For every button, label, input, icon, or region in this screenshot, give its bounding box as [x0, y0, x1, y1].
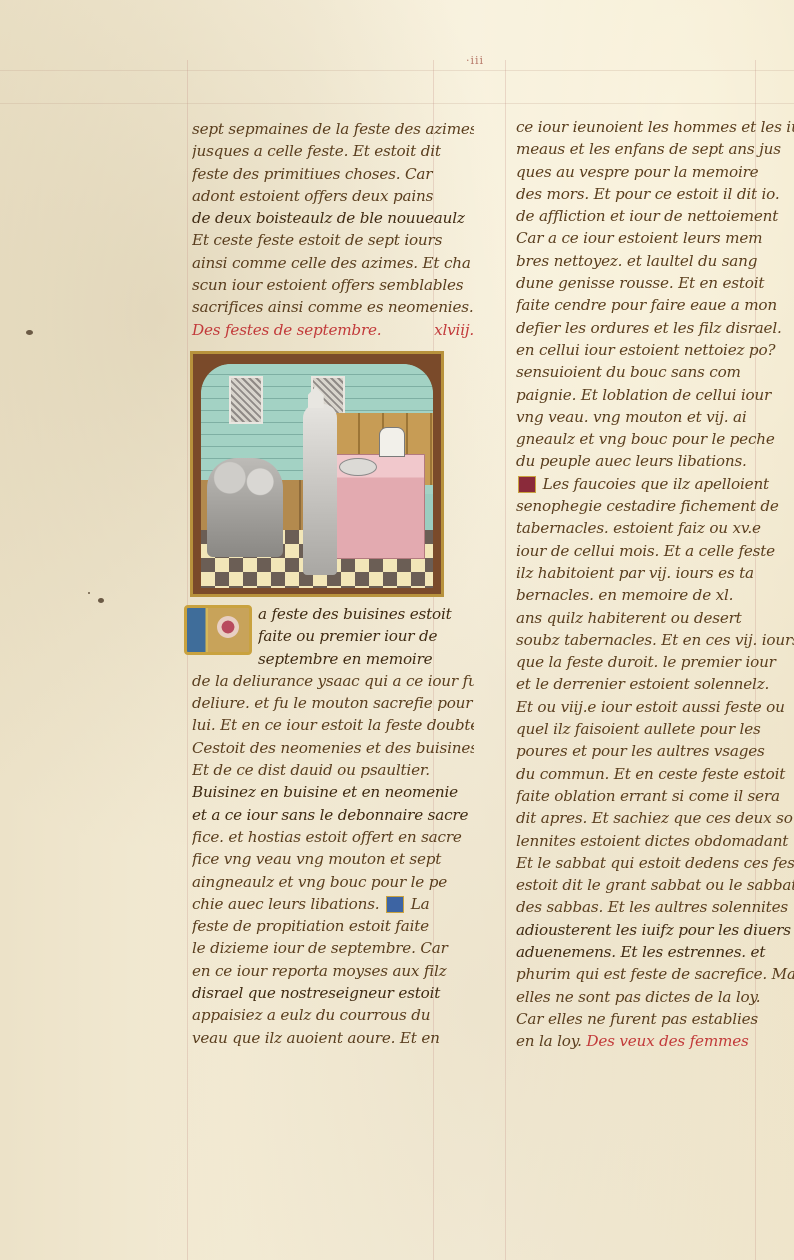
chapter-number: xlviij. — [434, 319, 474, 341]
text-line: estoit dit le grant sabbat ou le sabbat — [516, 874, 794, 896]
text-line: faite cendre pour faire eaue a mon — [516, 294, 794, 316]
text-line: Et de ce dist dauid ou psaultier. — [192, 759, 474, 781]
text-line: disrael que nostreseigneur estoit — [192, 982, 474, 1004]
text-line: du peuple auec leurs libations. — [516, 450, 794, 472]
text-line: en la loy. Des veux des femmes — [516, 1030, 794, 1052]
text-line: Buisinez en buisine et en neomenie — [192, 781, 474, 803]
text-line: elles ne sont pas dictes de la loy. — [516, 986, 794, 1008]
right-column: ce iour ieunoient les hommes et les iu m… — [516, 116, 794, 1052]
text-line: faite ou premier iour de — [258, 625, 474, 647]
text-line: des mors. Et pour ce estoit il dit io. — [516, 183, 794, 205]
text-line: phurim qui est feste de sacrefice. Mais — [516, 963, 794, 985]
text-line: le dizieme iour de septembre. Car — [192, 937, 474, 959]
text-line: et le derrenier estoient solennelz. — [516, 673, 794, 695]
text-line: iour de cellui mois. Et a celle feste — [516, 540, 794, 562]
text-line: adiousterent les iuifz pour les diuers — [516, 919, 794, 941]
sacrificial-lamb — [339, 458, 377, 476]
text-line: vng veau. vng mouton et vij. ai — [516, 406, 794, 428]
text-line: Et ou viij.e iour estoit aussi feste ou — [516, 696, 794, 718]
text-line: dune genisse rousse. Et en estoit — [516, 272, 794, 294]
text-line: en cellui iour estoient nettoiez po? — [516, 339, 794, 361]
text-line: du commun. Et en ceste feste estoit — [516, 763, 794, 785]
stain — [88, 592, 90, 594]
text-line: fice vng veau vng mouton et sept — [192, 848, 474, 870]
text-line: lui. Et en ce iour estoit la feste doubt… — [192, 714, 474, 736]
illuminated-paragraph: a feste des buisines estoit faite ou pre… — [192, 603, 474, 670]
text-line: fice. et hostias estoit offert en sacre — [192, 826, 474, 848]
text-line: aingneaulz et vng bouc pour le pe — [192, 871, 474, 893]
text-line: Car a ce iour estoient leurs mem — [516, 227, 794, 249]
text-line: aduenemens. Et les estrennes. et — [516, 941, 794, 963]
text-line: faite oblation errant si come il sera — [516, 785, 794, 807]
text-line: sacrifices ainsi comme es neomenies. — [192, 296, 474, 318]
manuscript-page: ·iii sept sepmaines de la feste des azim… — [0, 0, 794, 1260]
text-line: tabernacles. estoient faiz ou xv.e — [516, 517, 794, 539]
text-line: senophegie cestadire fichement de — [516, 495, 794, 517]
text-line: Et le sabbat qui estoit dedens ces feste… — [516, 852, 794, 874]
ruling-line — [187, 60, 188, 1260]
text-line: meaus et les enfans de sept ans jus — [516, 138, 794, 160]
text-line: bernacles. en memoire de xl. — [516, 584, 794, 606]
kneeling-worshippers — [207, 458, 283, 557]
text-line: a feste des buisines estoit — [258, 603, 474, 625]
text-line: dit apres. Et sachiez que ces deux so — [516, 807, 794, 829]
text-line: en ce iour reporta moyses aux filz — [192, 960, 474, 982]
text-fragment: en la loy. — [516, 1032, 582, 1050]
next-chapter-rubric: Des veux des femmes — [586, 1032, 748, 1050]
text-line: lennites estoient dictes obdomadant — [516, 830, 794, 852]
text-line: ilz habitoient par vij. iours es ta — [516, 562, 794, 584]
text-line: gneaulz et vng bouc pour le peche — [516, 428, 794, 450]
text-line: des sabbas. Et les aultres solennites — [516, 896, 794, 918]
stain — [98, 598, 104, 603]
text-line: sensuioient du bouc sans com — [516, 361, 794, 383]
text-line: scun iour estoient offers semblables — [192, 274, 474, 296]
text-line: Cestoit des neomenies et des buisines. — [192, 737, 474, 759]
text-line: deliure. et fu le mouton sacrefie pour — [192, 692, 474, 714]
blue-initial — [386, 896, 404, 913]
illuminated-initial-L — [184, 605, 252, 655]
text-line: ainsi comme celle des azimes. Et cha — [192, 252, 474, 274]
text-line: defier les ordures et les filz disrael. — [516, 317, 794, 339]
chapter-rubric: Des festes de septembre. xlviij. — [192, 319, 474, 341]
text-line: sept sepmaines de la feste des azimes — [192, 118, 474, 140]
text-line: quel ilz faisoient aullete pour les — [516, 718, 794, 740]
text-line: ans quilz habiterent ou desert — [516, 607, 794, 629]
tablets-of-law — [379, 427, 405, 457]
text-line: veau que ilz auoient aoure. Et en — [192, 1027, 474, 1049]
high-priest-figure — [303, 404, 337, 574]
text-line: Les faucoies que ilz apelloient — [516, 473, 794, 495]
text-fragment: Les faucoies que ilz apelloient — [543, 475, 769, 493]
text-line: feste des primitiues choses. Car — [192, 163, 474, 185]
text-line: Car elles ne furent pas establies — [516, 1008, 794, 1030]
text-line: poures et pour les aultres vsages — [516, 740, 794, 762]
ruling-line — [505, 60, 506, 1260]
folio-number: ·iii — [466, 54, 484, 67]
text-line: bres nettoyez. et laultel du sang — [516, 250, 794, 272]
text-line: ce iour ieunoient les hommes et les iu — [516, 116, 794, 138]
text-line: Et ceste feste estoit de sept iours — [192, 229, 474, 251]
text-line: soubz tabernacles. Et en ces vij. iours — [516, 629, 794, 651]
text-line: et a ce iour sans le debonnaire sacre — [192, 804, 474, 826]
text-line: ques au vespre pour la memoire — [516, 161, 794, 183]
text-line: jusques a celle feste. Et estoit dit — [192, 140, 474, 162]
left-column: sept sepmaines de la feste des azimes ju… — [192, 118, 474, 1049]
leaded-window — [229, 376, 263, 424]
text-line: de affliction et iour de nettoiement — [516, 205, 794, 227]
miniature-illustration — [190, 351, 444, 597]
text-line: que la feste duroit. le premier iour — [516, 651, 794, 673]
text-line: chie auec leurs libations. La — [192, 893, 474, 915]
stain — [26, 330, 33, 335]
text-line: appaisiez a eulz du courrous du — [192, 1004, 474, 1026]
ruling-line — [0, 70, 794, 71]
text-line: feste de propitiation estoit faite — [192, 915, 474, 937]
illuminated-initial-C — [518, 476, 536, 493]
text-line: de la deliurance ysaac qui a ce iour fu — [192, 670, 474, 692]
rubric-title: Des festes de septembre. — [192, 319, 381, 341]
ruling-line — [0, 103, 794, 104]
text-fragment: chie auec leurs libations. — [192, 895, 379, 913]
text-line: de deux boisteaulz de ble nouueaulz — [192, 207, 474, 229]
text-line: adont estoient offers deux pains — [192, 185, 474, 207]
text-fragment: La — [411, 895, 430, 913]
text-line: paignie. Et loblation de cellui iour — [516, 384, 794, 406]
text-line: septembre en memoire — [258, 648, 474, 670]
miniature-scene — [201, 364, 433, 588]
